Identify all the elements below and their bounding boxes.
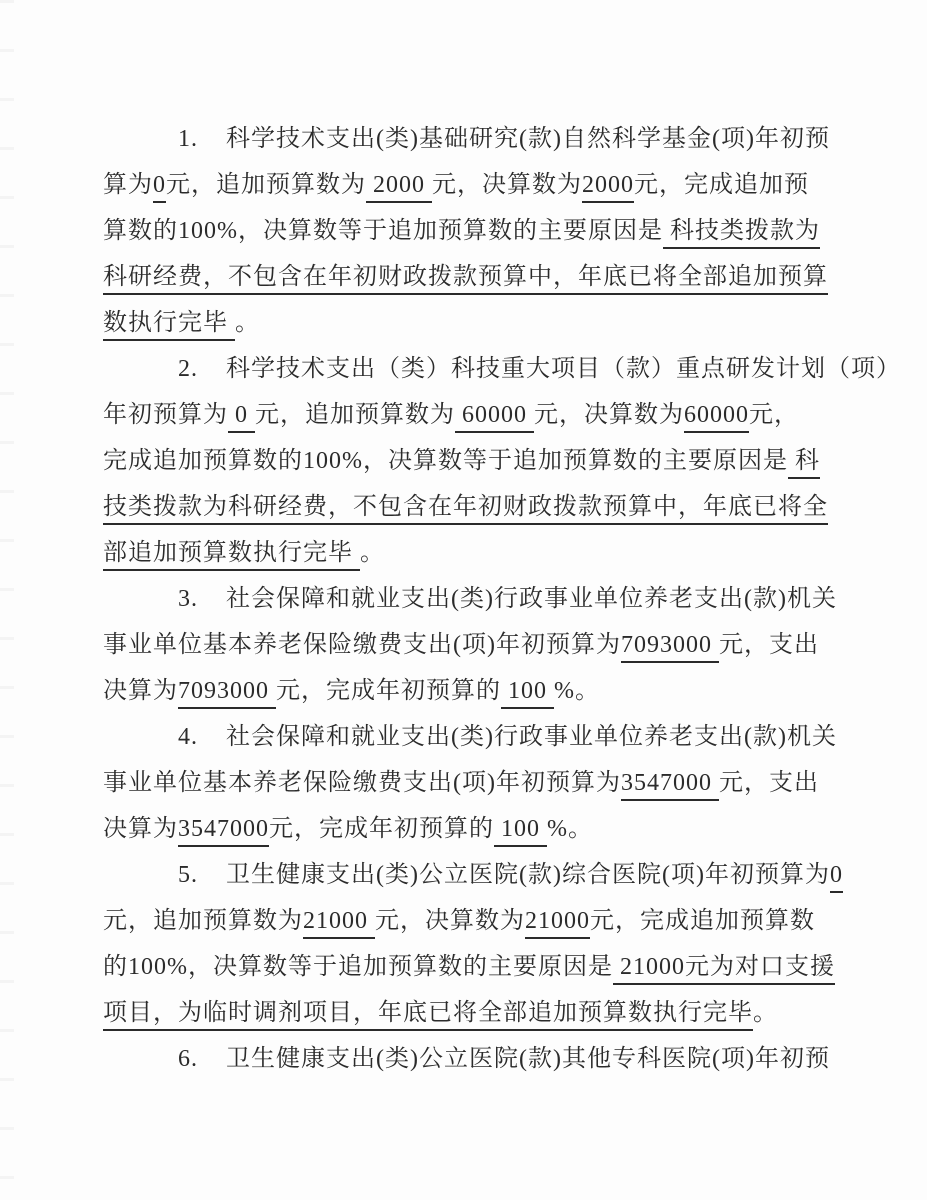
text-segment: 社会保障和就业支出(类)行政事业单位养老支出(款)机关: [226, 586, 837, 612]
text-segment: 元，完成年初预算的: [269, 816, 494, 842]
text-segment: 元，支出: [719, 632, 819, 658]
text-line: 决算为3547000元，完成年初预算的 100 %。: [103, 806, 819, 852]
underlined-value: 100: [501, 678, 554, 709]
paragraph-number: 6.: [178, 1046, 198, 1072]
paragraph: 1.科学技术支出(类)基础研究(款)自然科学基金(项)年初预算为0元，追加预算数…: [103, 116, 819, 346]
text-line: 部追加预算数执行完毕 。: [103, 530, 819, 576]
text-segment: 。: [753, 1000, 778, 1026]
underlined-value: 数执行完毕: [103, 310, 235, 341]
text-segment: 算为: [103, 172, 153, 198]
text-segment: 。: [235, 310, 260, 336]
underlined-value: 项目，为临时调剂项目，年底已将全部追加预算数执行完毕: [103, 1000, 753, 1031]
text-line: 6.卫生健康支出(类)公立医院(款)其他专科医院(项)年初预: [103, 1036, 819, 1082]
underlined-value: 7093000: [621, 632, 719, 663]
underlined-value: 7093000: [178, 678, 276, 709]
text-line: 项目，为临时调剂项目，年底已将全部追加预算数执行完毕。: [103, 990, 819, 1036]
text-segment: 元，完成年初预算的: [276, 678, 501, 704]
text-line: 3.社会保障和就业支出(类)行政事业单位养老支出(款)机关: [103, 576, 819, 622]
text-segment: 元，完成追加预算数: [590, 908, 815, 934]
text-segment: %。: [547, 816, 593, 842]
paragraph-number: 5.: [178, 862, 198, 888]
text-line: 算数的100%，决算数等于追加预算数的主要原因是 科技类拨款为: [103, 208, 819, 254]
paragraph: 6.卫生健康支出(类)公立医院(款)其他专科医院(项)年初预: [103, 1036, 819, 1082]
text-line: 科研经费，不包含在年初财政拨款预算中，年底已将全部追加预算: [103, 254, 819, 300]
text-line: 5.卫生健康支出(类)公立医院(款)综合医院(项)年初预算为0: [103, 852, 819, 898]
text-line: 事业单位基本养老保险缴费支出(项)年初预算为3547000 元，支出: [103, 760, 819, 806]
underlined-value: 2000: [366, 172, 432, 203]
underlined-value: 60000: [455, 402, 534, 433]
text-line: 2.科学技术支出（类）科技重大项目（款）重点研发计划（项）: [103, 346, 819, 392]
underlined-value: 0: [228, 402, 255, 433]
text-segment: %。: [554, 678, 600, 704]
text-segment: 事业单位基本养老保险缴费支出(项)年初预算为: [103, 632, 621, 658]
text-segment: 元，完成追加预: [634, 172, 809, 198]
underlined-value: 3547000: [178, 816, 269, 847]
text-line: 完成追加预算数的100%，决算数等于追加预算数的主要原因是 科: [103, 438, 819, 484]
text-line: 数执行完毕 。: [103, 300, 819, 346]
underlined-value: 科技类拨款为: [663, 218, 820, 249]
underlined-value: 21000: [525, 908, 590, 939]
text-segment: 元，: [749, 402, 799, 428]
text-segment: 。: [360, 540, 385, 566]
underlined-value: 3547000: [621, 770, 719, 801]
scanned-document-page: 1.科学技术支出(类)基础研究(款)自然科学基金(项)年初预算为0元，追加预算数…: [0, 0, 927, 1200]
text-segment: 元，决算数为: [432, 172, 582, 198]
text-line: 决算为7093000 元，完成年初预算的 100 %。: [103, 668, 819, 714]
underlined-value: 科: [788, 448, 820, 479]
text-segment: 年初预算为: [103, 402, 228, 428]
text-segment: 元，决算数为: [375, 908, 525, 934]
paragraph-number: 1.: [178, 126, 198, 152]
underlined-value: 0: [153, 172, 166, 203]
text-segment: 卫生健康支出(类)公立医院(款)其他专科医院(项)年初预: [226, 1046, 830, 1072]
underlined-value: 60000: [684, 402, 749, 433]
paragraph: 5.卫生健康支出(类)公立医院(款)综合医院(项)年初预算为0元，追加预算数为2…: [103, 852, 819, 1036]
underlined-value: 部追加预算数执行完毕: [103, 540, 360, 571]
text-segment: 决算为: [103, 678, 178, 704]
text-segment: 决算为: [103, 816, 178, 842]
text-segment: 事业单位基本养老保险缴费支出(项)年初预算为: [103, 770, 621, 796]
underlined-value: 21000: [303, 908, 375, 939]
text-line: 技类拨款为科研经费，不包含在年初财政拨款预算中，年底已将全: [103, 484, 819, 530]
text-line: 元，追加预算数为21000 元，决算数为21000元，完成追加预算数: [103, 898, 819, 944]
text-segment: 算数的100%，决算数等于追加预算数的主要原因是: [103, 218, 663, 244]
paragraph: 2.科学技术支出（类）科技重大项目（款）重点研发计划（项）年初预算为 0 元，追…: [103, 346, 819, 576]
text-segment: 元，追加预算数为: [166, 172, 366, 198]
paragraph-number: 3.: [178, 586, 198, 612]
text-segment: 元，追加预算数为: [103, 908, 303, 934]
underlined-value: 100: [494, 816, 547, 847]
underlined-value: 2000: [582, 172, 634, 203]
underlined-value: 科研经费，不包含在年初财政拨款预算中，年底已将全部追加预算: [103, 264, 828, 295]
text-segment: 完成追加预算数的100%，决算数等于追加预算数的主要原因是: [103, 448, 788, 474]
text-segment: 卫生健康支出(类)公立医院(款)综合医院(项)年初预算为: [226, 862, 830, 888]
underlined-value: 技类拨款为科研经费，不包含在年初财政拨款预算中，年底已将全: [103, 494, 828, 525]
paragraph: 4.社会保障和就业支出(类)行政事业单位养老支出(款)机关事业单位基本养老保险缴…: [103, 714, 819, 852]
text-segment: 元，追加预算数为: [255, 402, 455, 428]
text-segment: 科学技术支出（类）科技重大项目（款）重点研发计划（项）: [226, 356, 901, 382]
text-segment: 元，支出: [719, 770, 819, 796]
text-segment: 社会保障和就业支出(类)行政事业单位养老支出(款)机关: [226, 724, 837, 750]
text-segment: 科学技术支出(类)基础研究(款)自然科学基金(项)年初预: [226, 126, 830, 152]
document-body: 1.科学技术支出(类)基础研究(款)自然科学基金(项)年初预算为0元，追加预算数…: [103, 116, 819, 1082]
text-line: 事业单位基本养老保险缴费支出(项)年初预算为7093000 元，支出: [103, 622, 819, 668]
text-segment: 的100%，决算数等于追加预算数的主要原因是: [103, 954, 613, 980]
paragraph-number: 2.: [178, 356, 198, 382]
text-line: 的100%，决算数等于追加预算数的主要原因是 21000元为对口支援: [103, 944, 819, 990]
text-line: 1.科学技术支出(类)基础研究(款)自然科学基金(项)年初预: [103, 116, 819, 162]
paragraph-number: 4.: [178, 724, 198, 750]
text-line: 算为0元，追加预算数为 2000 元，决算数为2000元，完成追加预: [103, 162, 819, 208]
underlined-value: 21000元为对口支援: [613, 954, 835, 985]
text-line: 4.社会保障和就业支出(类)行政事业单位养老支出(款)机关: [103, 714, 819, 760]
text-line: 年初预算为 0 元，追加预算数为 60000 元，决算数为60000元，: [103, 392, 819, 438]
text-segment: 元，决算数为: [534, 402, 684, 428]
paragraph: 3.社会保障和就业支出(类)行政事业单位养老支出(款)机关事业单位基本养老保险缴…: [103, 576, 819, 714]
underlined-value: 0: [830, 862, 843, 893]
